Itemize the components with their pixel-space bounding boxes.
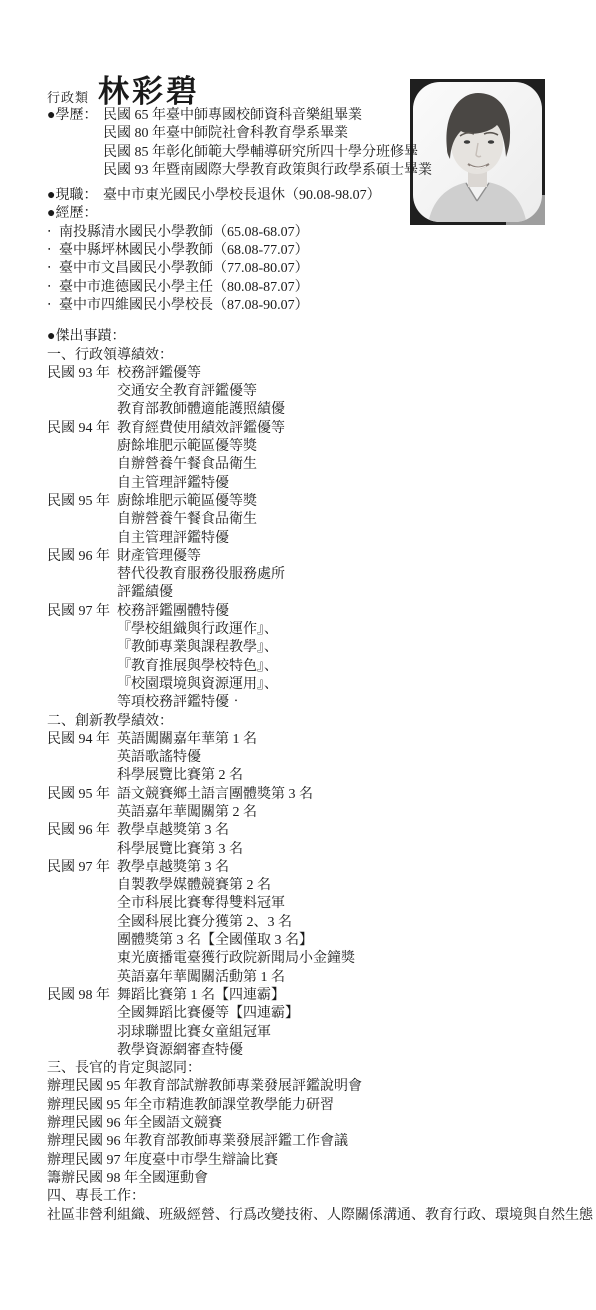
award-text: 自辦營養午餐食品衛生 [47,511,592,529]
award-text: 財產管理優等 [117,549,201,564]
award-text: 自主管理評鑑特優 [47,475,592,493]
award-year: 民國 96 年 [47,822,117,840]
award-text: 英語嘉年華闖關第 2 名 [47,804,592,822]
bullet-dot-icon: ‧ [47,224,59,242]
document-body: ●學歷：民國 65 年臺中師專國校師資科音樂組畢業 民國 80 年臺中師院社會科… [47,107,592,1225]
award-text: 全國舞蹈比賽優等【四連霸】 [47,1005,592,1023]
experience-item: ‧臺中市四維國民小學校長（87.08-90.07） [47,297,592,315]
category-label: 行政類 [47,87,89,106]
award-text: 東光廣播電臺獲行政院新聞局小金鐘獎 [47,950,592,968]
experience-item: ‧南投縣清水國民小學教師（65.08-68.07） [47,224,592,242]
experience-item-text: 臺中市文昌國民小學教師（77.08-80.07） [59,261,309,276]
bullet-dot-icon: ‧ [47,279,59,297]
award-text: 自主管理評鑑特優 [47,530,592,548]
award-text: 『校園環境與資源運用』、 [47,676,592,694]
education-line: ●學歷：民國 65 年臺中師專國校師資科音樂組畢業 [47,107,592,125]
award-year: 民國 94 年 [47,731,117,749]
award-text: 教育部教師體適能護照績優 [47,401,592,419]
education-item: 民國 85 年彰化師範大學輔導研究所四十學分班修畢 [47,144,592,162]
education-item: 民國 65 年臺中師專國校師資科音樂組畢業 [103,108,362,123]
award-year: 民國 94 年 [47,420,117,438]
award-text: 教育經費使用績效評鑑優等 [117,421,285,436]
experience-item-text: 南投縣清水國民小學教師（65.08-68.07） [59,225,309,240]
award-text: 等項校務評鑑特優‧ [47,694,592,712]
award-text: 替代役教育服務役服務處所 [47,566,592,584]
award-text: 『學校組織與行政運作』、 [47,621,592,639]
current-position-value: 臺中市東光國民小學校長退休（90.08-98.07） [103,188,381,203]
award-text: 校務評鑑優等 [117,366,201,381]
award-text: 科學展覽比賽第 3 名 [47,841,592,859]
current-position-label: ●現職： [47,187,103,205]
award-line: 民國 96 年教學卓越獎第 3 名 [47,822,592,840]
award-line: 民國 97 年教學卓越獎第 3 名 [47,859,592,877]
page-header: 行政類 林彩碧 [47,66,200,111]
recognition-line: 辦理民國 95 年教育部試辦教師專業發展評鑑說明會 [47,1078,592,1096]
award-line: 民國 95 年廚餘堆肥示範區優等獎 [47,493,592,511]
bullet-dot-icon: ‧ [47,242,59,260]
award-text: 科學展覽比賽第 2 名 [47,767,592,785]
section-heading: 一、行政領導績效： [47,347,592,365]
award-text: 教學資源網審查特優 [47,1042,592,1060]
award-text: 廚餘堆肥示範區優等獎 [47,438,592,456]
award-text: 自辦營養午餐食品衛生 [47,456,592,474]
award-line: 民國 98 年舞蹈比賽第 1 名【四連霸】 [47,987,592,1005]
award-year: 民國 96 年 [47,548,117,566]
education-label: ●學歷： [47,107,103,125]
award-text: 英語闖關嘉年華第 1 名 [117,732,257,747]
experience-item: ‧臺中縣坪林國民小學教師（68.08-77.07） [47,242,592,260]
award-text: 全市科展比賽奪得雙料冠軍 [47,895,592,913]
award-line: 民國 97 年校務評鑑團體特優 [47,603,592,621]
award-text: 評鑑績優 [47,584,592,602]
education-item: 民國 80 年臺中師院社會科教育學系畢業 [47,125,592,143]
person-name: 林彩碧 [98,66,200,111]
recognition-line: 辦理民國 95 年全市精進教師課堂教學能力研習 [47,1097,592,1115]
section-gap [47,180,592,187]
award-text: 『教師專業與課程教學』、 [47,639,592,657]
resume-page: 行政類 林彩碧 [0,0,596,1310]
award-line: 民國 95 年語文競賽鄉土語言團體獎第 3 名 [47,786,592,804]
education-item: 民國 93 年暨南國際大學教育政策與行政學系碩士畢業 [47,162,592,180]
award-line: 民國 94 年教育經費使用績效評鑑優等 [47,420,592,438]
bullet-dot-icon: ‧ [47,260,59,278]
award-text: 教學卓越獎第 3 名 [117,860,229,875]
award-year: 民國 95 年 [47,493,117,511]
experience-item: ‧臺中市文昌國民小學教師（77.08-80.07） [47,260,592,278]
award-text: 交通安全教育評鑑優等 [47,383,592,401]
experience-item: ‧臺中市進德國民小學主任（80.08-87.07） [47,279,592,297]
recognition-line: 籌辦民國 98 年全國運動會 [47,1170,592,1188]
section-gap [47,315,592,328]
experience-label: ●經歷： [47,205,592,223]
experience-item-text: 臺中市四維國民小學校長（87.08-90.07） [59,298,309,313]
section-heading: 四、專長工作： [47,1188,592,1206]
award-year: 民國 98 年 [47,987,117,1005]
recognition-line: 辦理民國 97 年度臺中市學生辯論比賽 [47,1152,592,1170]
award-line: 民國 94 年英語闖關嘉年華第 1 名 [47,731,592,749]
award-text: 英語嘉年華闖關活動第 1 名 [47,969,592,987]
experience-item-text: 臺中市進德國民小學主任（80.08-87.07） [59,280,309,295]
award-text: 『教育推展與學校特色』、 [47,658,592,676]
experience-item-text: 臺中縣坪林國民小學教師（68.08-77.07） [59,243,309,258]
recognition-line: 辦理民國 96 年教育部教師專業發展評鑑工作會議 [47,1133,592,1151]
recognition-line: 辦理民國 96 年全國語文競賽 [47,1115,592,1133]
achievements-label: ●傑出事蹟： [47,328,592,346]
section-heading: 二、創新教學績效： [47,713,592,731]
section-heading: 三、長官的肯定與認同： [47,1060,592,1078]
award-line: 民國 96 年財產管理優等 [47,548,592,566]
specialty-line: 社區非營利組織、班級經營、行爲改變技術、人際關係溝通、教育行政、環境與自然生態 [47,1207,592,1225]
award-text: 團體獎第 3 名【全國僅取 3 名】 [47,932,592,950]
current-position-line: ●現職：臺中市東光國民小學校長退休（90.08-98.07） [47,187,592,205]
award-text: 英語歌謠特優 [47,749,592,767]
award-text: 舞蹈比賽第 1 名【四連霸】 [117,988,285,1003]
award-text: 自製教學媒體競賽第 2 名 [47,877,592,895]
award-line: 民國 93 年校務評鑑優等 [47,365,592,383]
award-year: 民國 97 年 [47,859,117,877]
award-text: 教學卓越獎第 3 名 [117,823,229,838]
award-text: 語文競賽鄉土語言團體獎第 3 名 [117,787,313,802]
award-year: 民國 95 年 [47,786,117,804]
award-text: 校務評鑑團體特優 [117,604,229,619]
award-year: 民國 93 年 [47,365,117,383]
award-year: 民國 97 年 [47,603,117,621]
award-text: 全國科展比賽分獲第 2、3 名 [47,914,592,932]
award-text: 廚餘堆肥示範區優等獎 [117,494,257,509]
bullet-dot-icon: ‧ [47,297,59,315]
award-text: 羽球聯盟比賽女童組冠軍 [47,1024,592,1042]
